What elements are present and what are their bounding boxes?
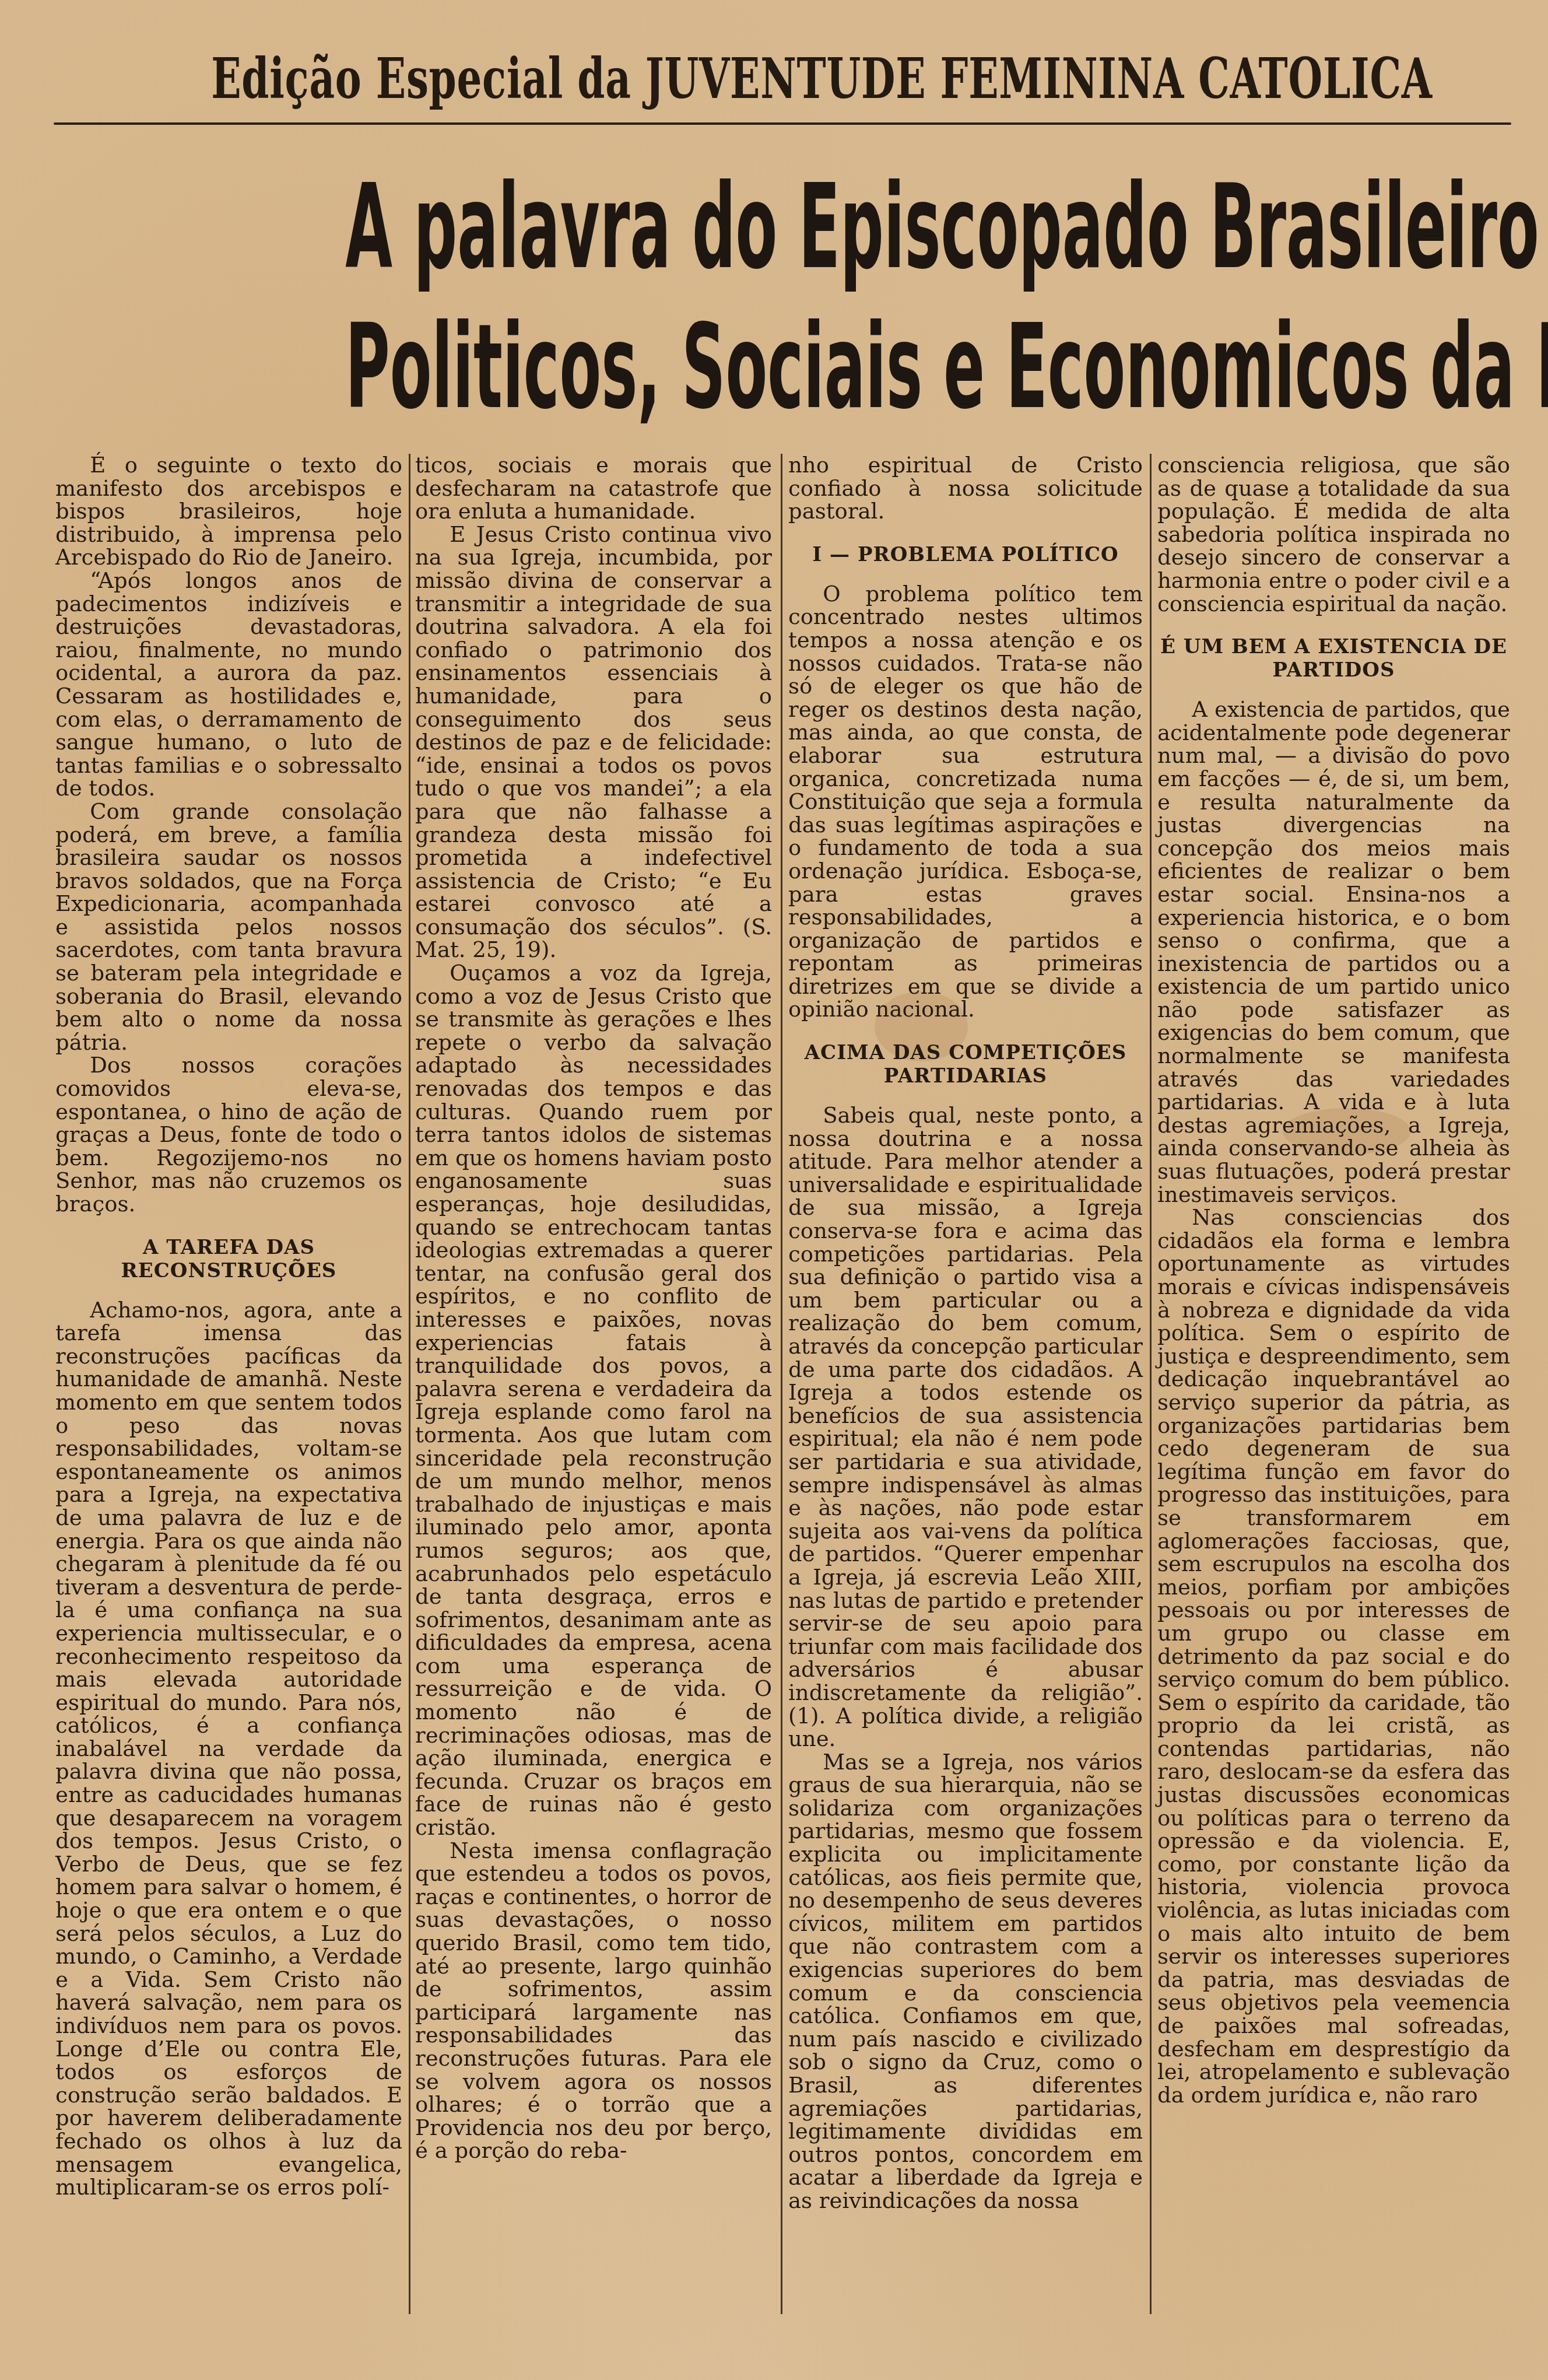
section-heading: É UM BEM A EXISTENCIA DE PARTIDOS <box>1157 635 1510 682</box>
paragraph: Mas se a Igreja, nos vários graus de sua… <box>788 1751 1143 2213</box>
newspaper-page: Edição Especial da JUVENTUDE FEMININA CA… <box>0 0 1548 2380</box>
paragraph: Achamo-nos, agora, ante a tarefa imensa … <box>55 1299 402 2199</box>
column-rule <box>781 454 782 2314</box>
paragraph: Ouçamos a voz da Igreja, como a voz de J… <box>415 962 772 1839</box>
headline-line-1: A palavra do Episcopado Brasileiro em fa… <box>345 157 1202 297</box>
paragraph: A existencia de partidos, que acidentalm… <box>1157 698 1510 1206</box>
column-rule <box>409 454 410 2314</box>
column-rule <box>1150 454 1152 2314</box>
article-column-1: É o seguinte o texto do manifesto dos ar… <box>55 454 402 2199</box>
paragraph: Com grande consolação poderá, em breve, … <box>55 800 402 1054</box>
paragraph: Dos nossos corações comovidos eleva-se, … <box>55 1054 402 1215</box>
article-column-2: ticos, sociais e morais que desfecharam … <box>415 454 772 2162</box>
article-column-3: nho espiritual de Cristo confiado à noss… <box>788 454 1143 2213</box>
section-heading: ACIMA DAS COMPETIÇÕES PARTIDARIAS <box>788 1041 1143 1088</box>
paragraph: Nesta imensa conflagração que estendeu a… <box>415 1839 772 2162</box>
paragraph: O problema político tem concentrado nest… <box>788 583 1143 1021</box>
paragraph: “Após longos anos de padecimentos indizí… <box>55 569 402 800</box>
paragraph: É o seguinte o texto do manifesto dos ar… <box>55 454 402 569</box>
section-heading: I — PROBLEMA POLÍTICO <box>788 543 1143 566</box>
paragraph: consciencia religiosa, que são as de qua… <box>1157 454 1510 615</box>
masthead: Edição Especial da JUVENTUDE FEMININA CA… <box>211 41 1337 117</box>
paragraph: ticos, sociais e morais que desfecharam … <box>415 454 772 523</box>
paragraph: Nas consciencias dos cidadãos ela forma … <box>1157 1206 1510 2106</box>
paragraph: nho espiritual de Cristo confiado à noss… <box>788 454 1143 523</box>
masthead-rule <box>54 122 1511 125</box>
paragraph: Sabeis qual, neste ponto, a nossa doutri… <box>788 1104 1143 1751</box>
section-heading: A TAREFA DAS RECONSTRUÇÕES <box>55 1236 402 1282</box>
paragraph: E Jesus Cristo continua vivo na sua Igre… <box>415 523 772 962</box>
headline-line-2: Politicos, Sociais e Economicos da Nação <box>345 297 1202 437</box>
article-column-4: consciencia religiosa, que são as de qua… <box>1157 454 1510 2106</box>
